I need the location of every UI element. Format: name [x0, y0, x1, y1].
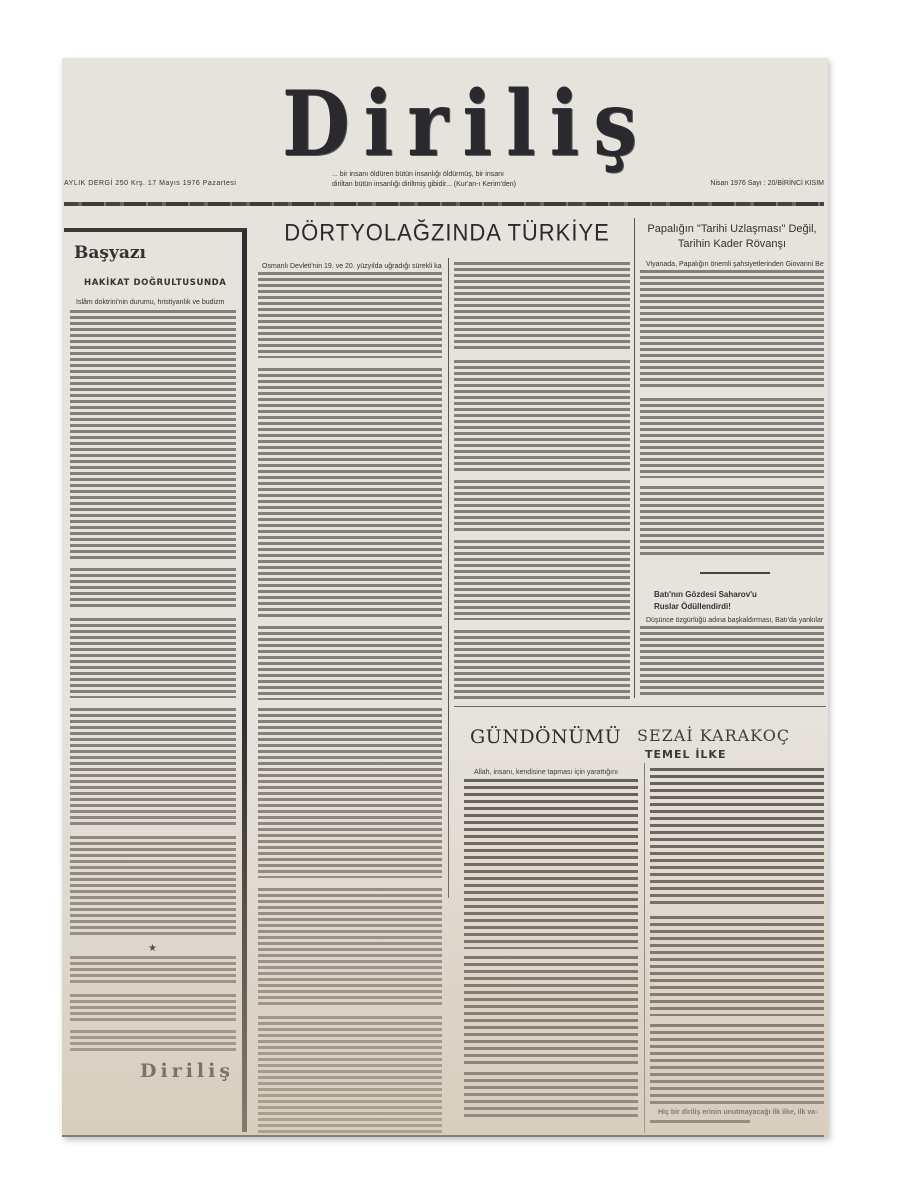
- editorial-first-line: İslâm doktrini'nin durumu, hristiyanlık …: [76, 298, 236, 308]
- editorial-body-1: [70, 310, 236, 560]
- column-title: GÜNDÖNÜMÜ: [470, 726, 621, 748]
- separator-star-icon: ★: [148, 943, 157, 954]
- column-col1-para1: [464, 779, 638, 949]
- column-col2-para3: [650, 1024, 824, 1106]
- side-subheadline-line-2: Ruslar Ödüllendirdi!: [654, 601, 757, 613]
- page-bottom-edge: [62, 1135, 824, 1137]
- column-first-line: Allah, insanı, kendisine tapması için ya…: [474, 768, 638, 778]
- side-body-1: [640, 270, 824, 390]
- right-column-divider: [634, 218, 635, 698]
- side-subheadline-line-1: Batı'nın Gözdesi Saharov'u: [654, 589, 757, 601]
- main-col1-para6: [258, 1016, 442, 1134]
- main-col2-para5: [454, 630, 630, 702]
- main-first-line: Osmanlı Devleti'nin 19. ve 20. yüzyılda …: [262, 262, 442, 272]
- editorial-body-5: [70, 836, 236, 936]
- side-separator: [700, 572, 770, 574]
- motto-line-2: diriltan bütün insanlığı diriltmiş gibid…: [332, 180, 632, 190]
- issue-info-right: Nisan 1976 Sayı : 20/BİRİNCİ KISIM: [710, 180, 824, 187]
- side-body-2: [640, 398, 824, 478]
- side-headline-line-2: Tarihin Kader Rövanşı: [640, 237, 824, 252]
- column-col1-para2: [464, 956, 638, 1064]
- editorial-body-3: [70, 618, 236, 698]
- editorial-section-title: Başyazı: [74, 243, 146, 263]
- column-divider-2: [644, 763, 645, 1133]
- masthead-logo: Diriliş: [282, 72, 622, 177]
- side-body-4: [640, 626, 824, 696]
- column-col2-end: [650, 1120, 750, 1127]
- editorial-body-8: [70, 1030, 236, 1054]
- signature-logo: Diriliş: [140, 1060, 234, 1082]
- column-col2-para2: [650, 916, 824, 1016]
- column-author: SEZAİ KARAKOÇ: [637, 726, 790, 745]
- side-first-line: Viyanada, Papalığın önemli şahsiyetlerin…: [646, 260, 824, 270]
- column-col2-para1: [650, 768, 824, 908]
- main-col2-para3: [454, 480, 630, 532]
- motto-line-1: ... bir insanı öldüren bütün insanlığı ö…: [332, 170, 632, 180]
- editorial-body-4: [70, 708, 236, 828]
- main-col2-para1: [454, 262, 630, 350]
- column-last-line: Hiç bir diriliş erinin unutmayacağı ilk …: [658, 1108, 824, 1118]
- masthead-motto: ... bir insanı öldüren bütün insanlığı ö…: [332, 170, 632, 190]
- editorial-body-6: [70, 956, 236, 986]
- column-headline: TEMEL İLKE: [645, 748, 726, 761]
- main-col1-para4: [258, 708, 442, 878]
- main-col2-para2: [454, 360, 630, 472]
- main-col1-para1: [258, 272, 442, 358]
- side-subheadline: Batı'nın Gözdesi Saharov'u Ruslar Ödülle…: [654, 589, 757, 613]
- masthead-rule: [64, 202, 824, 206]
- editorial-body-7: [70, 994, 236, 1024]
- side-headline-line-1: Papalığın "Tarihi Uzlaşması" Değil,: [640, 222, 824, 237]
- section-rule: [454, 706, 826, 707]
- side-body-3: [640, 486, 824, 558]
- issue-info-left: AYLIK DERGİ 250 Krş. 17 Mayıs 1976 Pazar…: [64, 180, 236, 187]
- side-headline: Papalığın "Tarihi Uzlaşması" Değil, Tari…: [640, 222, 824, 252]
- masthead: Diriliş ... bir insanı öldüren bütün ins…: [62, 58, 828, 233]
- editorial-body-2: [70, 568, 236, 608]
- main-col2-para4: [454, 540, 630, 620]
- newspaper-page: Diriliş ... bir insanı öldüren bütün ins…: [62, 58, 828, 1137]
- side-sub-first-line: Düşünce özgürlüğü adına başkaldırması, B…: [646, 616, 824, 626]
- main-headline: DÖRTYOLAĞZINDA TÜRKİYE: [257, 219, 637, 248]
- editorial-headline: HAKİKAT DOĞRULTUSUNDA: [84, 278, 227, 288]
- main-col1-para2: [258, 368, 442, 618]
- main-col1-para3: [258, 626, 442, 700]
- main-col1-para5: [258, 888, 442, 1008]
- column-divider: [448, 258, 449, 898]
- column-col1-para3: [464, 1072, 638, 1120]
